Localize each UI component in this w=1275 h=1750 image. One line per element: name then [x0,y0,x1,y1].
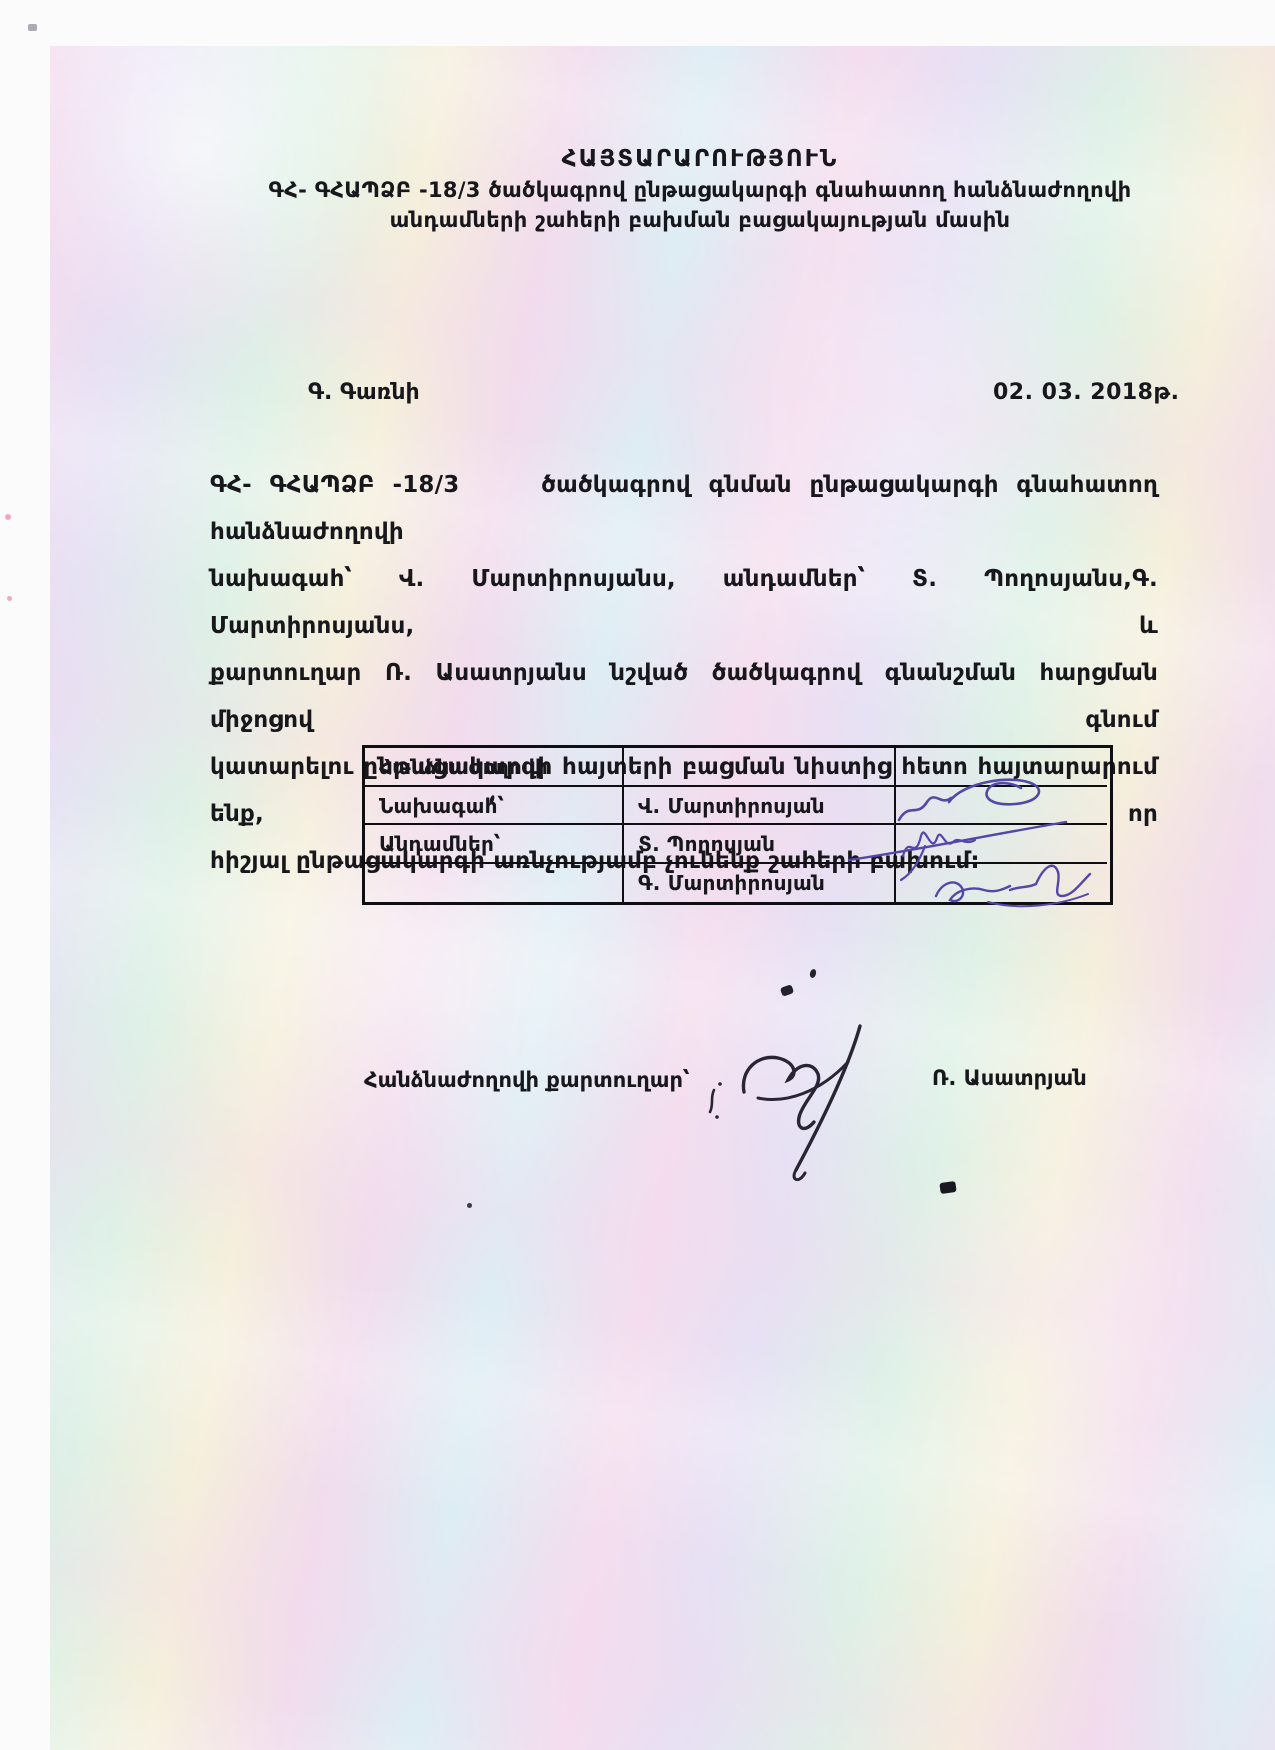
scan-speck [780,984,794,997]
signature-g-martirosyan [928,856,1098,914]
table-cell-name [624,748,896,787]
scanned-declaration-page: { "document": { "title": "ՀԱՅՏԱՐԱՐՈՒԹՅՈՒ… [0,0,1275,1750]
table-cell-role: Հանձնաժողովի [365,748,624,787]
scan-speck [467,1203,472,1208]
table-cell-role: Նախագահ՝ [365,787,624,826]
date-line: 02. 03. 2018թ. [993,380,1179,405]
table-cell-role: Անդամներ՝ [365,825,624,864]
scan-speck [5,514,11,520]
place-line: Գ. Գառնի [308,380,420,405]
body-line: քարտուղար Ռ. Ասատրյանս նշված ծածկագրով գ… [210,650,1158,744]
document-subtitle-subject: անդամների շահերի բախման բացակայության մա… [240,208,1160,232]
body-line: ԳՀ- ԳՀԱՊՁԲ -18/3 ծածկագրով գնման ընթացակ… [210,462,1158,556]
signature-r-asatryan [700,1018,910,1188]
document-subtitle-code: ԳՀ- ԳՀԱՊՁԲ -18/3 ծածկագրով ընթացակարգի գ… [240,178,1160,202]
scan-speck [809,968,817,978]
secretary-label: Հանձնաժողովի քարտուղար՝ [364,1068,690,1092]
secretary-name: Ռ. Ասատրյան [932,1066,1087,1090]
scan-speck [939,1181,956,1194]
document-title: ՀԱՅՏԱՐԱՐՈՒԹՅՈՒՆ [240,146,1160,172]
scan-speck [28,24,37,31]
scan-speck [7,596,12,601]
table-cell-role [365,864,624,903]
body-line: նախագահ՝ Վ. Մարտիրոսյանս, անդամներ՝ Տ. Պ… [210,556,1158,650]
